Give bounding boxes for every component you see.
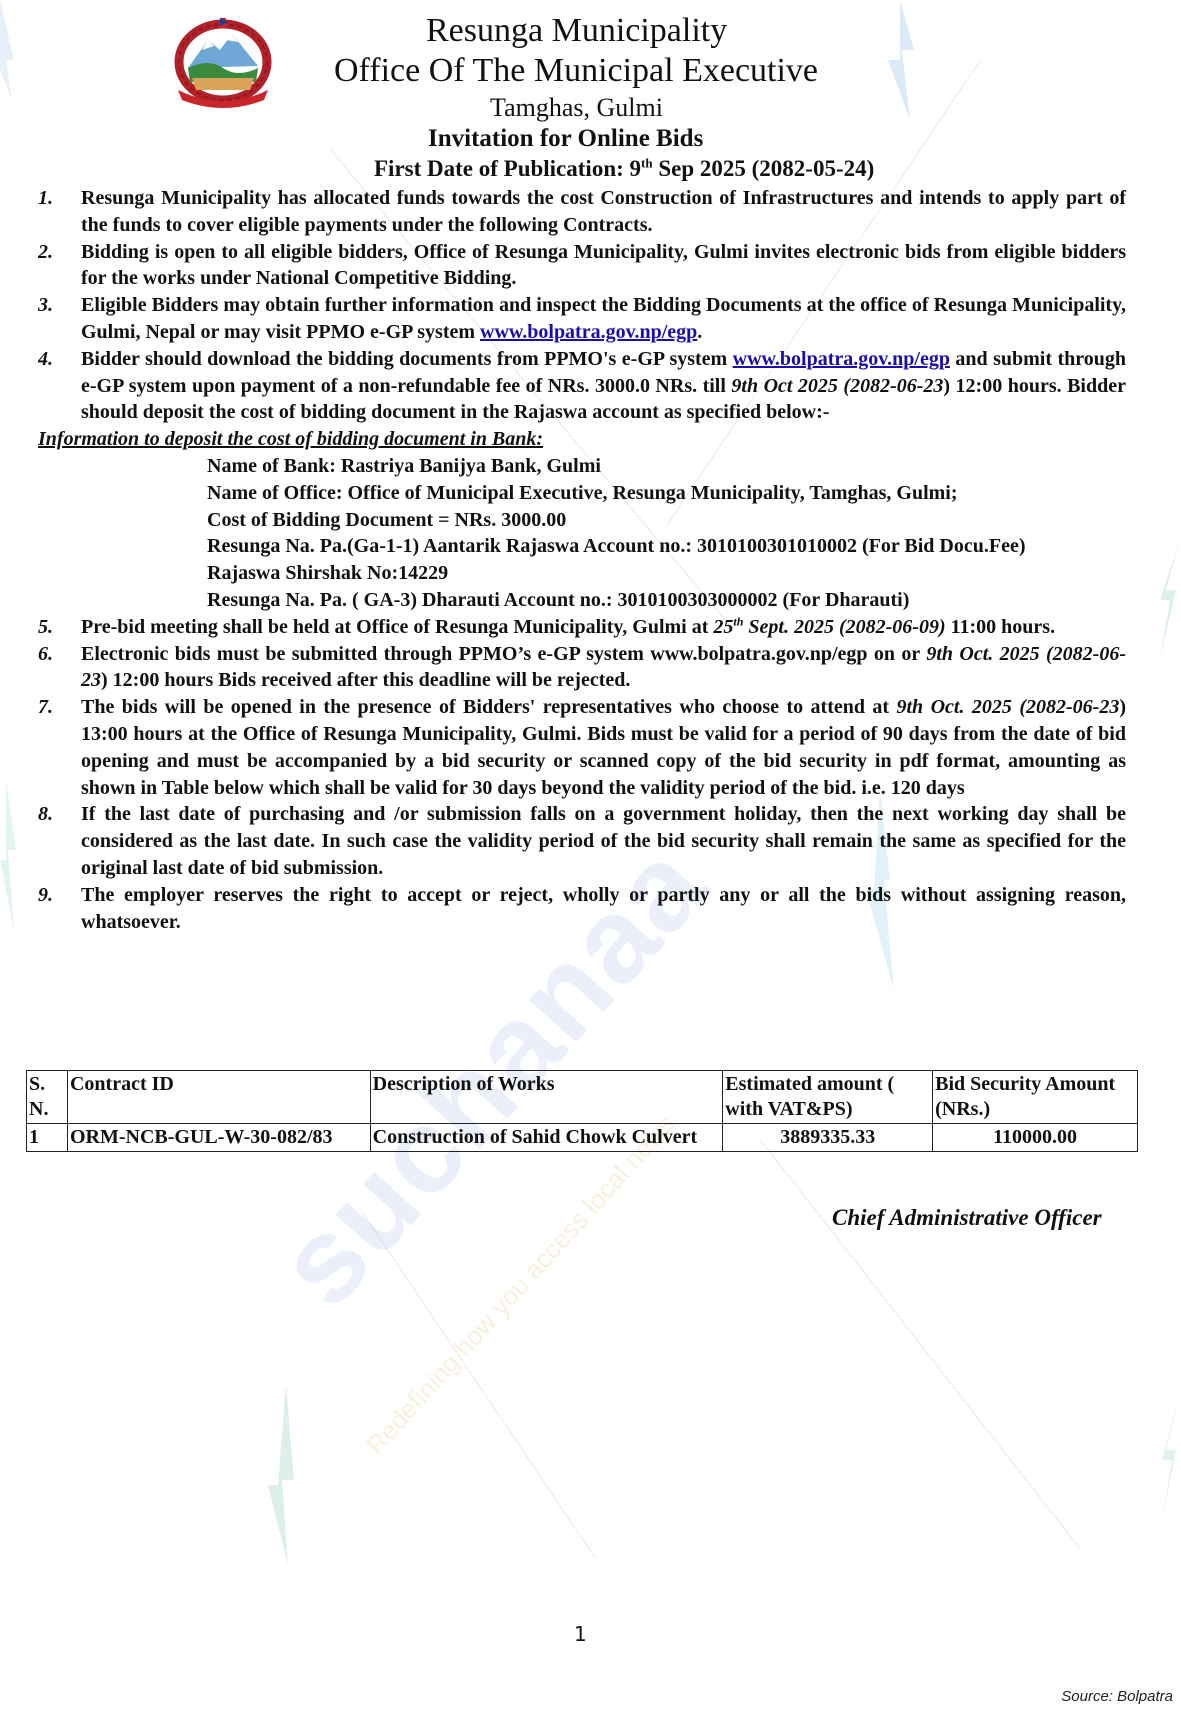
watermark-bolt-icon: [1152, 1390, 1181, 1520]
cell-bid-security: 110000.00: [933, 1124, 1138, 1152]
item-number: 7.: [38, 694, 81, 801]
item-text: Resunga Municipality has allocated funds…: [81, 185, 1126, 239]
watermark-bolt-icon: [1150, 540, 1180, 660]
item-number: 2.: [38, 239, 81, 293]
column-header-description: Description of Works: [370, 1071, 723, 1124]
source-credit: Source: Bolpatra: [1061, 1688, 1173, 1705]
notice-items-part2: 5.Pre-bid meeting shall be held at Offic…: [38, 614, 1126, 936]
item-number: 6.: [38, 641, 81, 695]
notice-item: 5.Pre-bid meeting shall be held at Offic…: [38, 614, 1126, 641]
notice-item: 1.Resunga Municipality has allocated fun…: [38, 185, 1126, 239]
cell-estimated-amount: 3889335.33: [723, 1124, 933, 1152]
item-text: Bidder should download the bidding docum…: [81, 346, 1126, 426]
item-text: If the last date of purchasing and /or s…: [81, 801, 1126, 881]
signature-title: Chief Administrative Officer: [832, 1205, 1102, 1231]
bank-info-title: Information to deposit the cost of biddi…: [38, 426, 1126, 453]
column-header-sn: S. N.: [27, 1071, 68, 1124]
contracts-table: S. N. Contract ID Description of Works E…: [26, 1070, 1138, 1152]
text-run: Electronic bids must be submitted throug…: [81, 643, 926, 665]
item-number: 8.: [38, 801, 81, 881]
item-number: 5.: [38, 614, 81, 641]
watermark-line: [760, 1139, 1081, 1549]
watermark-bolt-icon: [264, 1385, 300, 1565]
notice-item: 9.The employer reserves the right to acc…: [38, 882, 1126, 936]
page-number: 1: [574, 1622, 587, 1646]
item-text: Eligible Bidders may obtain further info…: [81, 292, 1126, 346]
column-header-estimated-amount: Estimated amount ( with VAT&PS): [723, 1071, 933, 1124]
notice-title: Invitation for Online Bids: [428, 125, 703, 153]
notice-item: 2.Bidding is open to all eligible bidder…: [38, 239, 1126, 293]
publication-date: First Date of Publication: 9th Sep 2025 …: [374, 156, 874, 182]
bank-info-line: Name of Office: Office of Municipal Exec…: [207, 480, 1126, 507]
table-header-row: S. N. Contract ID Description of Works E…: [27, 1071, 1138, 1124]
notice-item: 8.If the last date of purchasing and /or…: [38, 801, 1126, 881]
item-text: The employer reserves the right to accep…: [81, 882, 1126, 936]
date-text: 25: [713, 616, 733, 638]
item-text: Electronic bids must be submitted throug…: [81, 641, 1126, 695]
watermark-bolt-icon: [0, 0, 20, 100]
notice-item: 6.Electronic bids must be submitted thro…: [38, 641, 1126, 695]
item-number: 3.: [38, 292, 81, 346]
ordinal-suffix: th: [733, 614, 743, 628]
text-run: The employer reserves the right to accep…: [81, 884, 1126, 933]
watermark-bolt-icon: [880, 0, 920, 120]
text-run: Pre-bid meeting shall be held at Office …: [81, 616, 713, 638]
date-text: Sept. 2025 (2082-06-09): [743, 616, 945, 638]
bank-info-line: Rajaswa Shirshak No:14229: [207, 560, 1126, 587]
date-text: 9th Oct 2025 (2082-06-23: [731, 375, 943, 397]
bank-info-line: Resunga Na. Pa. ( GA-3) Dharauti Account…: [207, 587, 1126, 614]
cell-contract-id: ORM-NCB-GUL-W-30-082/83: [67, 1124, 370, 1152]
cell-description: Construction of Sahid Chowk Culvert: [370, 1124, 723, 1152]
item-number: 4.: [38, 346, 81, 426]
municipality-name: Resunga Municipality: [426, 12, 727, 50]
text-run: .: [697, 321, 702, 343]
bank-info-block: Name of Bank: Rastriya Banijya Bank, Gul…: [38, 453, 1126, 614]
text-run: Bidder should download the bidding docum…: [81, 348, 733, 370]
notice-item: 4.Bidder should download the bidding doc…: [38, 346, 1126, 426]
notice-body: 1.Resunga Municipality has allocated fun…: [38, 185, 1126, 935]
item-number: 1.: [38, 185, 81, 239]
bolpatra-link[interactable]: www.bolpatra.gov.np/egp: [480, 321, 697, 343]
office-name: Office Of The Municipal Executive: [334, 52, 818, 90]
text-run: Resunga Municipality has allocated funds…: [81, 187, 1126, 236]
bank-info-line: Cost of Bidding Document = NRs. 3000.00: [207, 507, 1126, 534]
watermark-line: [360, 1209, 596, 1558]
notice-item: 3.Eligible Bidders may obtain further in…: [38, 292, 1126, 346]
column-header-bid-security: Bid Security Amount (NRs.): [933, 1071, 1138, 1124]
watermark-tagline: Redefining how you access local news: [360, 1109, 681, 1461]
bank-info-line: Name of Bank: Rastriya Banijya Bank, Gul…: [207, 453, 1126, 480]
bank-info-line: Resunga Na. Pa.(Ga-1-1) Aantarik Rajaswa…: [207, 533, 1126, 560]
notice-items-part1: 1.Resunga Municipality has allocated fun…: [38, 185, 1126, 426]
text-run: The bids will be opened in the presence …: [81, 696, 897, 718]
bolpatra-link[interactable]: www.bolpatra.gov.np/egp: [733, 348, 950, 370]
table-row: 1 ORM-NCB-GUL-W-30-082/83 Construction o…: [27, 1124, 1138, 1152]
column-header-contract-id: Contract ID: [67, 1071, 370, 1124]
office-location: Tamghas, Gulmi: [490, 93, 663, 123]
notice-item: 7.The bids will be opened in the presenc…: [38, 694, 1126, 801]
item-text: Pre-bid meeting shall be held at Office …: [81, 614, 1126, 641]
nepal-government-emblem-icon: [168, 16, 278, 108]
item-text: Bidding is open to all eligible bidders,…: [81, 239, 1126, 293]
cell-sn: 1: [27, 1124, 68, 1152]
item-number: 9.: [38, 882, 81, 936]
text-run: If the last date of purchasing and /or s…: [81, 803, 1126, 879]
watermark-bolt-icon: [0, 780, 20, 930]
text-run: Bidding is open to all eligible bidders,…: [81, 241, 1126, 290]
item-text: The bids will be opened in the presence …: [81, 694, 1126, 801]
text-run: 11:00 hours.: [946, 616, 1055, 638]
date-text: 9th Oct. 2025 (2082-06-23: [897, 696, 1120, 718]
text-run: ) 12:00 hours Bids received after this d…: [101, 669, 630, 691]
